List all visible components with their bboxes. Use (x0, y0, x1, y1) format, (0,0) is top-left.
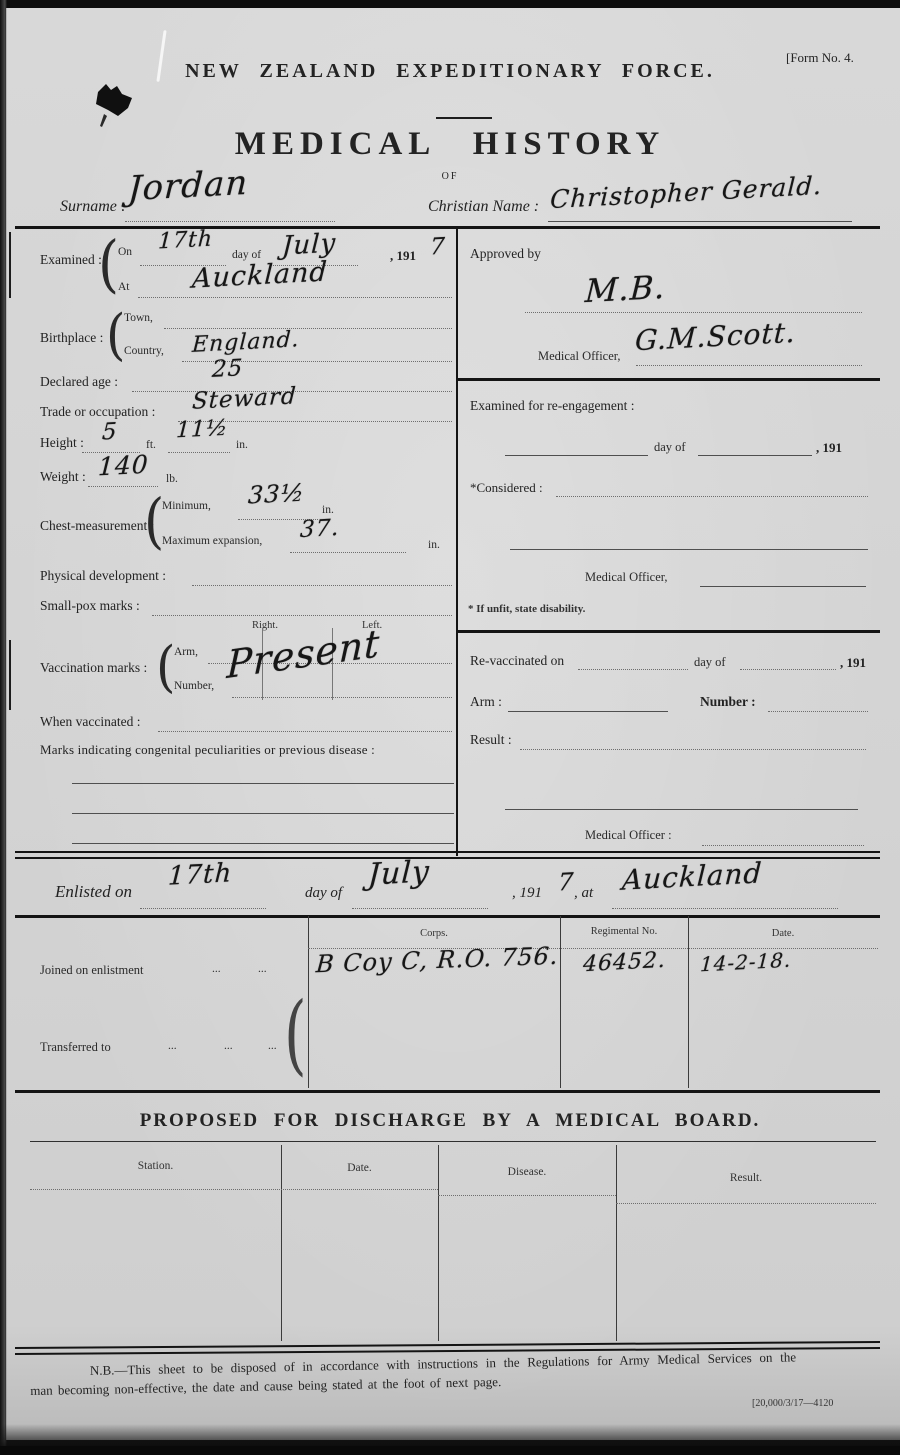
declared-age-value: 25 (211, 355, 244, 383)
weight-label: Weight : (40, 469, 86, 485)
enlisted-month: July (367, 854, 431, 892)
right-arm-label: Right. (252, 620, 278, 631)
weight-value: 140 (97, 450, 149, 482)
minimum-label: Minimum, (162, 500, 211, 512)
approval-signature: M.B. (584, 268, 667, 310)
station-header: Station. (30, 1160, 281, 1172)
revaccinated-label: Re-vaccinated on (470, 653, 564, 669)
underline (290, 551, 406, 553)
blank-line (72, 812, 454, 814)
birthplace-brace: ( (106, 303, 126, 367)
table-column-line (560, 916, 561, 1088)
surname-label: Surname : (60, 198, 126, 216)
approved-by-label: Approved by (470, 246, 541, 262)
lb-label: lb. (166, 473, 178, 485)
town-label: Town, (124, 312, 153, 324)
underline (612, 907, 838, 909)
christian-name-label: Christian Name : (428, 198, 539, 216)
underline (168, 451, 230, 453)
on-label: On (118, 246, 132, 258)
congenital-marks-label: Marks indicating congenital peculiaritie… (40, 742, 375, 758)
enlisted-on-label: Enlisted on (55, 882, 132, 902)
blank-line (505, 808, 858, 810)
underline (578, 668, 688, 670)
physical-development-label: Physical development : (40, 568, 166, 584)
underline (702, 844, 864, 846)
scan-edge-left (0, 0, 7, 1455)
considered-label: *Considered : (470, 480, 543, 496)
number-label: Number : (700, 694, 756, 710)
medical-officer-label: Medical Officer, (585, 570, 668, 585)
max-in-label: in. (428, 539, 440, 551)
disease-header: Disease. (438, 1166, 616, 1178)
dot-leader: ... (212, 963, 221, 975)
trade-value: Steward (191, 383, 297, 415)
unfit-footnote: * If unfit, state disability. (468, 603, 585, 615)
underline (125, 220, 335, 222)
underline (636, 364, 862, 366)
chest-label: Chest-measurement : (40, 518, 154, 534)
maximum-label: Maximum expansion, (162, 535, 262, 547)
height-feet: 5 (101, 419, 118, 446)
underline (505, 454, 648, 456)
column-divider (456, 229, 458, 856)
underline (548, 220, 852, 222)
header-rule (436, 117, 492, 119)
enlisted-day: 17th (167, 858, 233, 891)
section-rule (458, 630, 880, 633)
joined-on-enlistment-label: Joined on enlistment (40, 963, 143, 978)
dot-leader: ... (168, 1040, 177, 1052)
number-label: Number, (174, 680, 214, 692)
scanned-medical-history-form: [Form No. 4. NEW ZEALAND EXPEDITIONARY F… (0, 0, 900, 1455)
header-underline (616, 1202, 876, 1204)
examined-day: 17th (157, 227, 213, 255)
arm-label: Arm, (174, 646, 198, 658)
underline (352, 907, 488, 909)
regimental-no-header: Regimental No. (560, 926, 688, 937)
underline (232, 696, 452, 698)
blank-line (72, 782, 454, 784)
blank-line (510, 548, 868, 550)
declared-age-label: Declared age : (40, 374, 118, 390)
section-rule (15, 915, 880, 918)
ink-blot (84, 76, 144, 132)
smallpox-marks-label: Small-pox marks : (40, 598, 140, 614)
joined-regimental-value: 46452. (582, 948, 666, 977)
underline (158, 730, 452, 732)
enlisted-year-digit: 7 (557, 868, 575, 897)
underline (164, 327, 452, 329)
margin-tick (9, 232, 11, 298)
blank-line (72, 842, 454, 844)
trade-label: Trade or occupation : (40, 404, 155, 420)
underline (698, 454, 812, 456)
surname-value: Jordan (127, 163, 249, 209)
section-rule (15, 226, 880, 229)
result-header: Result. (616, 1172, 876, 1184)
examined-brace: ( (98, 227, 119, 299)
year-prefix: , 191 (390, 248, 416, 264)
examined-label: Examined : (40, 252, 102, 268)
underline (192, 584, 452, 586)
day-of-label: day of (305, 885, 342, 902)
medical-officer-label: Medical Officer, (538, 349, 621, 364)
reengagement-label: Examined for re-engagement : (470, 398, 635, 414)
result-label: Result : (470, 732, 512, 748)
dot-leader: ... (258, 963, 267, 975)
table-column-line (688, 916, 689, 1088)
section-rule (15, 851, 880, 853)
height-label: Height : (40, 435, 84, 451)
year-prefix: , 191 (512, 885, 542, 902)
scan-edge-bottom-strip (0, 1446, 900, 1455)
birthplace-label: Birthplace : (40, 330, 103, 346)
year-prefix: , 191 (816, 440, 842, 456)
chest-min-value: 33½ (247, 478, 305, 509)
margin-tick (9, 640, 11, 710)
year-prefix: , 191 (840, 655, 866, 671)
in-label: in. (236, 439, 248, 451)
discharge-title: PROPOSED FOR DISCHARGE BY A MEDICAL BOAR… (0, 1110, 900, 1132)
corps-header: Corps. (308, 928, 560, 939)
dot-leader: ... (268, 1040, 277, 1052)
transferred-to-label: Transferred to (40, 1040, 111, 1055)
underline (768, 710, 868, 712)
print-imprint: [20,000/3/17—4120 (752, 1398, 833, 1409)
arm-label: Arm : (470, 694, 502, 710)
underline (520, 748, 866, 750)
underline (525, 311, 862, 313)
header-underline (30, 1188, 438, 1190)
transferred-to-brace: ( (284, 983, 307, 1085)
date-header: Date. (281, 1162, 438, 1174)
when-vaccinated-label: When vaccinated : (40, 714, 140, 730)
day-of-label: day of (654, 440, 686, 455)
vaccination-marks-label: Vaccination marks : (40, 660, 147, 676)
medical-officer-label: Medical Officer : (585, 828, 672, 843)
title-rule (30, 1141, 876, 1142)
scan-edge-top (0, 0, 900, 8)
chest-max-value: 37. (299, 515, 340, 543)
underline (740, 668, 836, 670)
date-header: Date. (688, 928, 878, 939)
header-underline (438, 1194, 616, 1196)
vaccination-brace: ( (156, 635, 176, 699)
height-inches: 11½ (175, 416, 229, 444)
country-label: Country, (124, 345, 164, 357)
underline (508, 710, 668, 712)
underline (556, 495, 868, 497)
underline (140, 907, 266, 909)
table-column-line (281, 1145, 282, 1341)
at-label: At (118, 281, 130, 293)
at-label: , at (574, 885, 593, 902)
min-in-label: in. (322, 504, 334, 516)
table-column-line (308, 916, 309, 1088)
dot-leader: ... (224, 1040, 233, 1052)
section-rule (458, 378, 880, 381)
section-rule (15, 1090, 880, 1093)
underline (700, 585, 866, 587)
examined-year-digit: 7 (429, 234, 446, 261)
day-of-label: day of (694, 655, 726, 670)
underline (152, 614, 452, 616)
joined-date-value: 14-2-18. (699, 948, 792, 977)
underline (138, 296, 452, 298)
